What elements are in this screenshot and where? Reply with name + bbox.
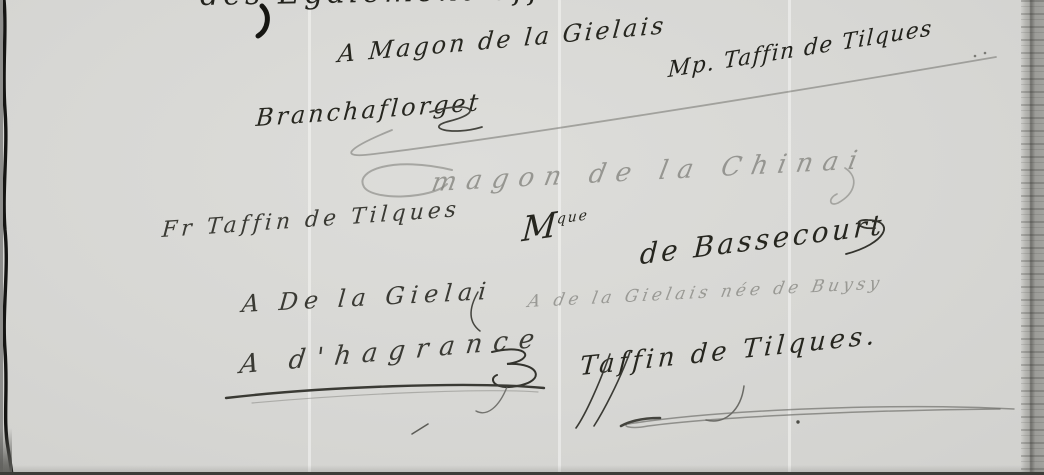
paper-fold-line [308,0,311,475]
flourish-q-tail [706,386,744,421]
underline-bottom-lower [626,409,1000,427]
marquis-superscript: que [556,207,589,228]
signature-de-la-gielai: A De la Gielai [241,277,493,318]
bottom-scan-shade [0,465,1044,472]
signature-marquis-prefix: Mque [521,200,590,250]
underline-bottom-upper [628,407,1014,424]
clipped-top-line: des Egalement off [200,0,544,13]
signature-taffin-de-tilques-top: Mp. Taffin de Tilques [667,16,933,83]
stray-tick [412,424,428,434]
ink-dot [984,52,987,55]
signature-taffin-de-tilques-bottom: Taffin de Tilques. [579,320,880,382]
flourish-hagrance-tail [476,387,507,413]
scanned-document-page: des Egalement off A Magon de la Gielais … [0,0,1044,475]
signature-branchaflorget: Branchaflorget [255,88,482,132]
underline-hagrance-echo [252,391,538,403]
left-gutter-strip [0,0,3,475]
underline-hagrance [226,385,544,398]
page-right-edge [1021,0,1044,475]
signature-gielais-nee-de-buysy: A de la Gielais née de Buysy [526,273,885,312]
signature-magon-de-la-gielais: A Magon de la Gielais [337,11,668,68]
signature-d-hagrance: A d'hagrance [238,323,547,380]
signature-de-bassecourt: de Bassecourt [639,208,886,272]
signature-taffin-de-tilques-left: Fr Taffin de Tilques [161,197,461,243]
book-spine-edge [4,0,12,475]
ink-dot [974,55,977,58]
underline-bottom-point [621,418,660,426]
signature-magon-faint: magon de la Chinai [429,145,870,198]
ink-dot [796,420,799,423]
marquis-initial: M [521,205,558,251]
